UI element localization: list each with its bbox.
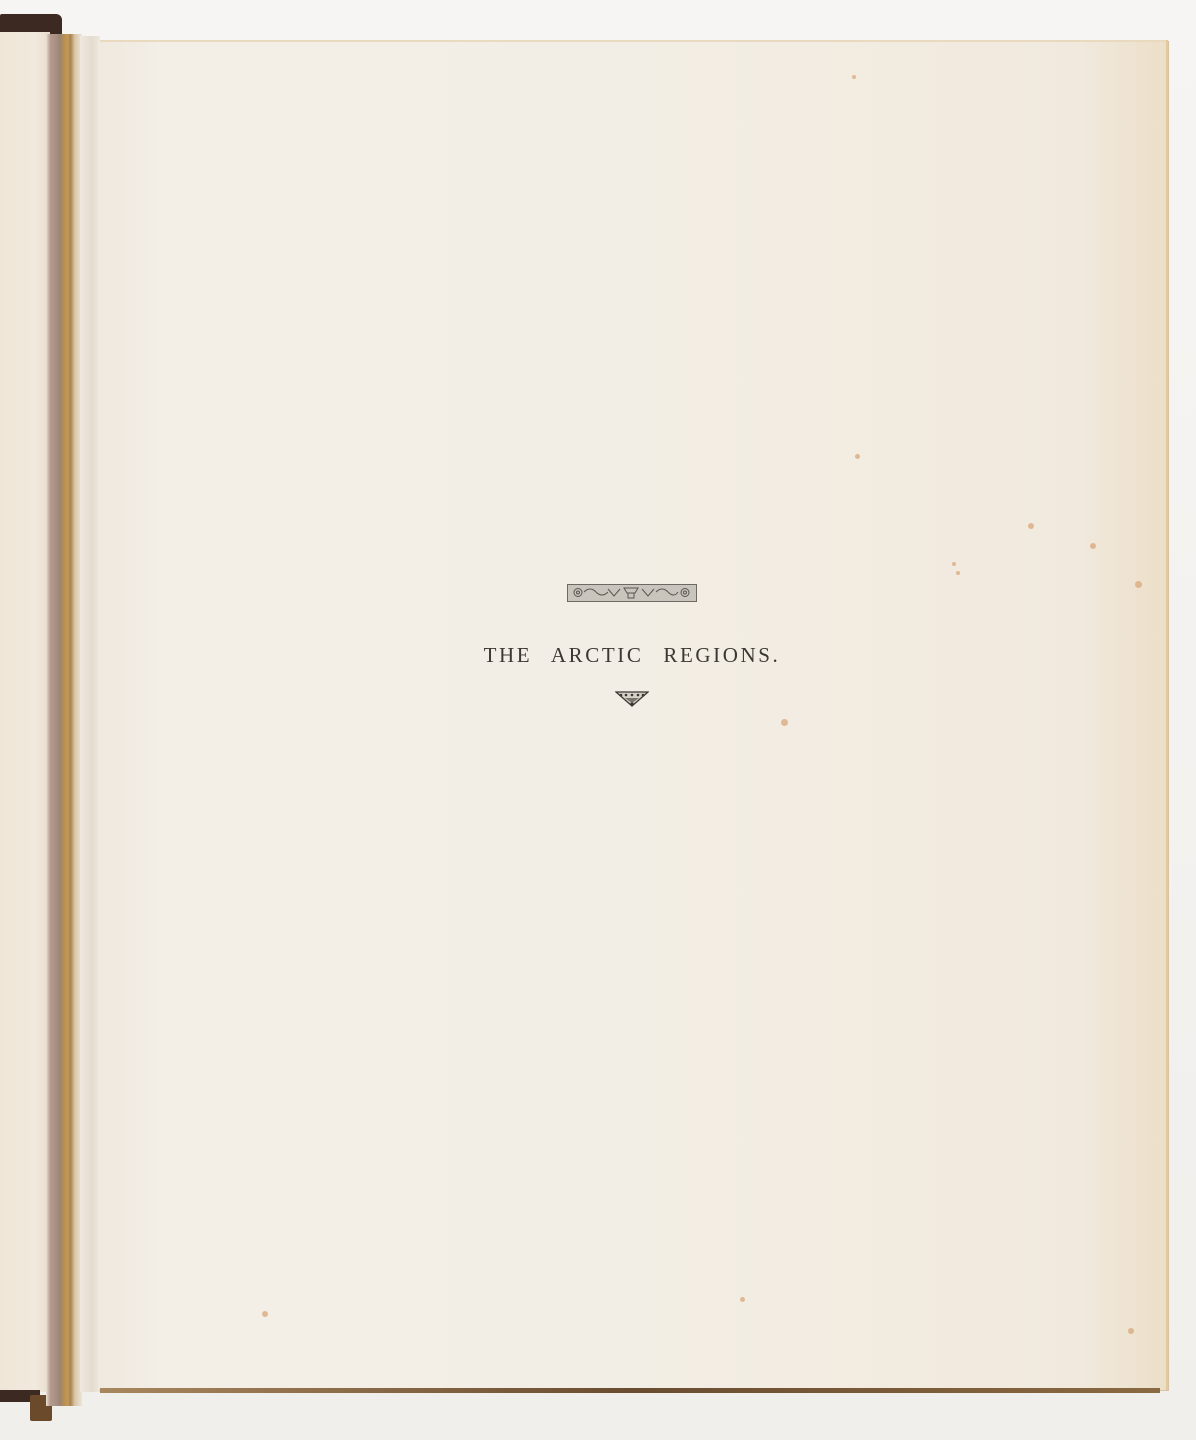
page-top-edge: [100, 40, 1166, 42]
previous-page: [0, 32, 50, 1392]
floral-headpiece-icon: [567, 584, 697, 602]
foxing-spot: [852, 75, 856, 79]
title-block: THE ARCTIC REGIONS.: [98, 584, 1166, 708]
foxing-spot: [1090, 543, 1096, 549]
foxing-spot: [740, 1297, 745, 1302]
foxing-spot: [1028, 523, 1034, 529]
foxing-spot: [262, 1311, 268, 1317]
foxing-spot: [855, 454, 860, 459]
foxing-spot: [1128, 1328, 1134, 1334]
foxing-spot: [781, 719, 788, 726]
foxing-spot: [952, 562, 956, 566]
book-spine-gutter: [46, 34, 82, 1406]
foxing-spot: [956, 571, 960, 575]
triangle-tailpiece-icon: [615, 690, 649, 708]
page-title: THE ARCTIC REGIONS.: [98, 643, 1166, 668]
title-page: [98, 40, 1168, 1390]
page-inner-margin: [80, 36, 100, 1392]
book-bottom-edge: [100, 1388, 1160, 1393]
